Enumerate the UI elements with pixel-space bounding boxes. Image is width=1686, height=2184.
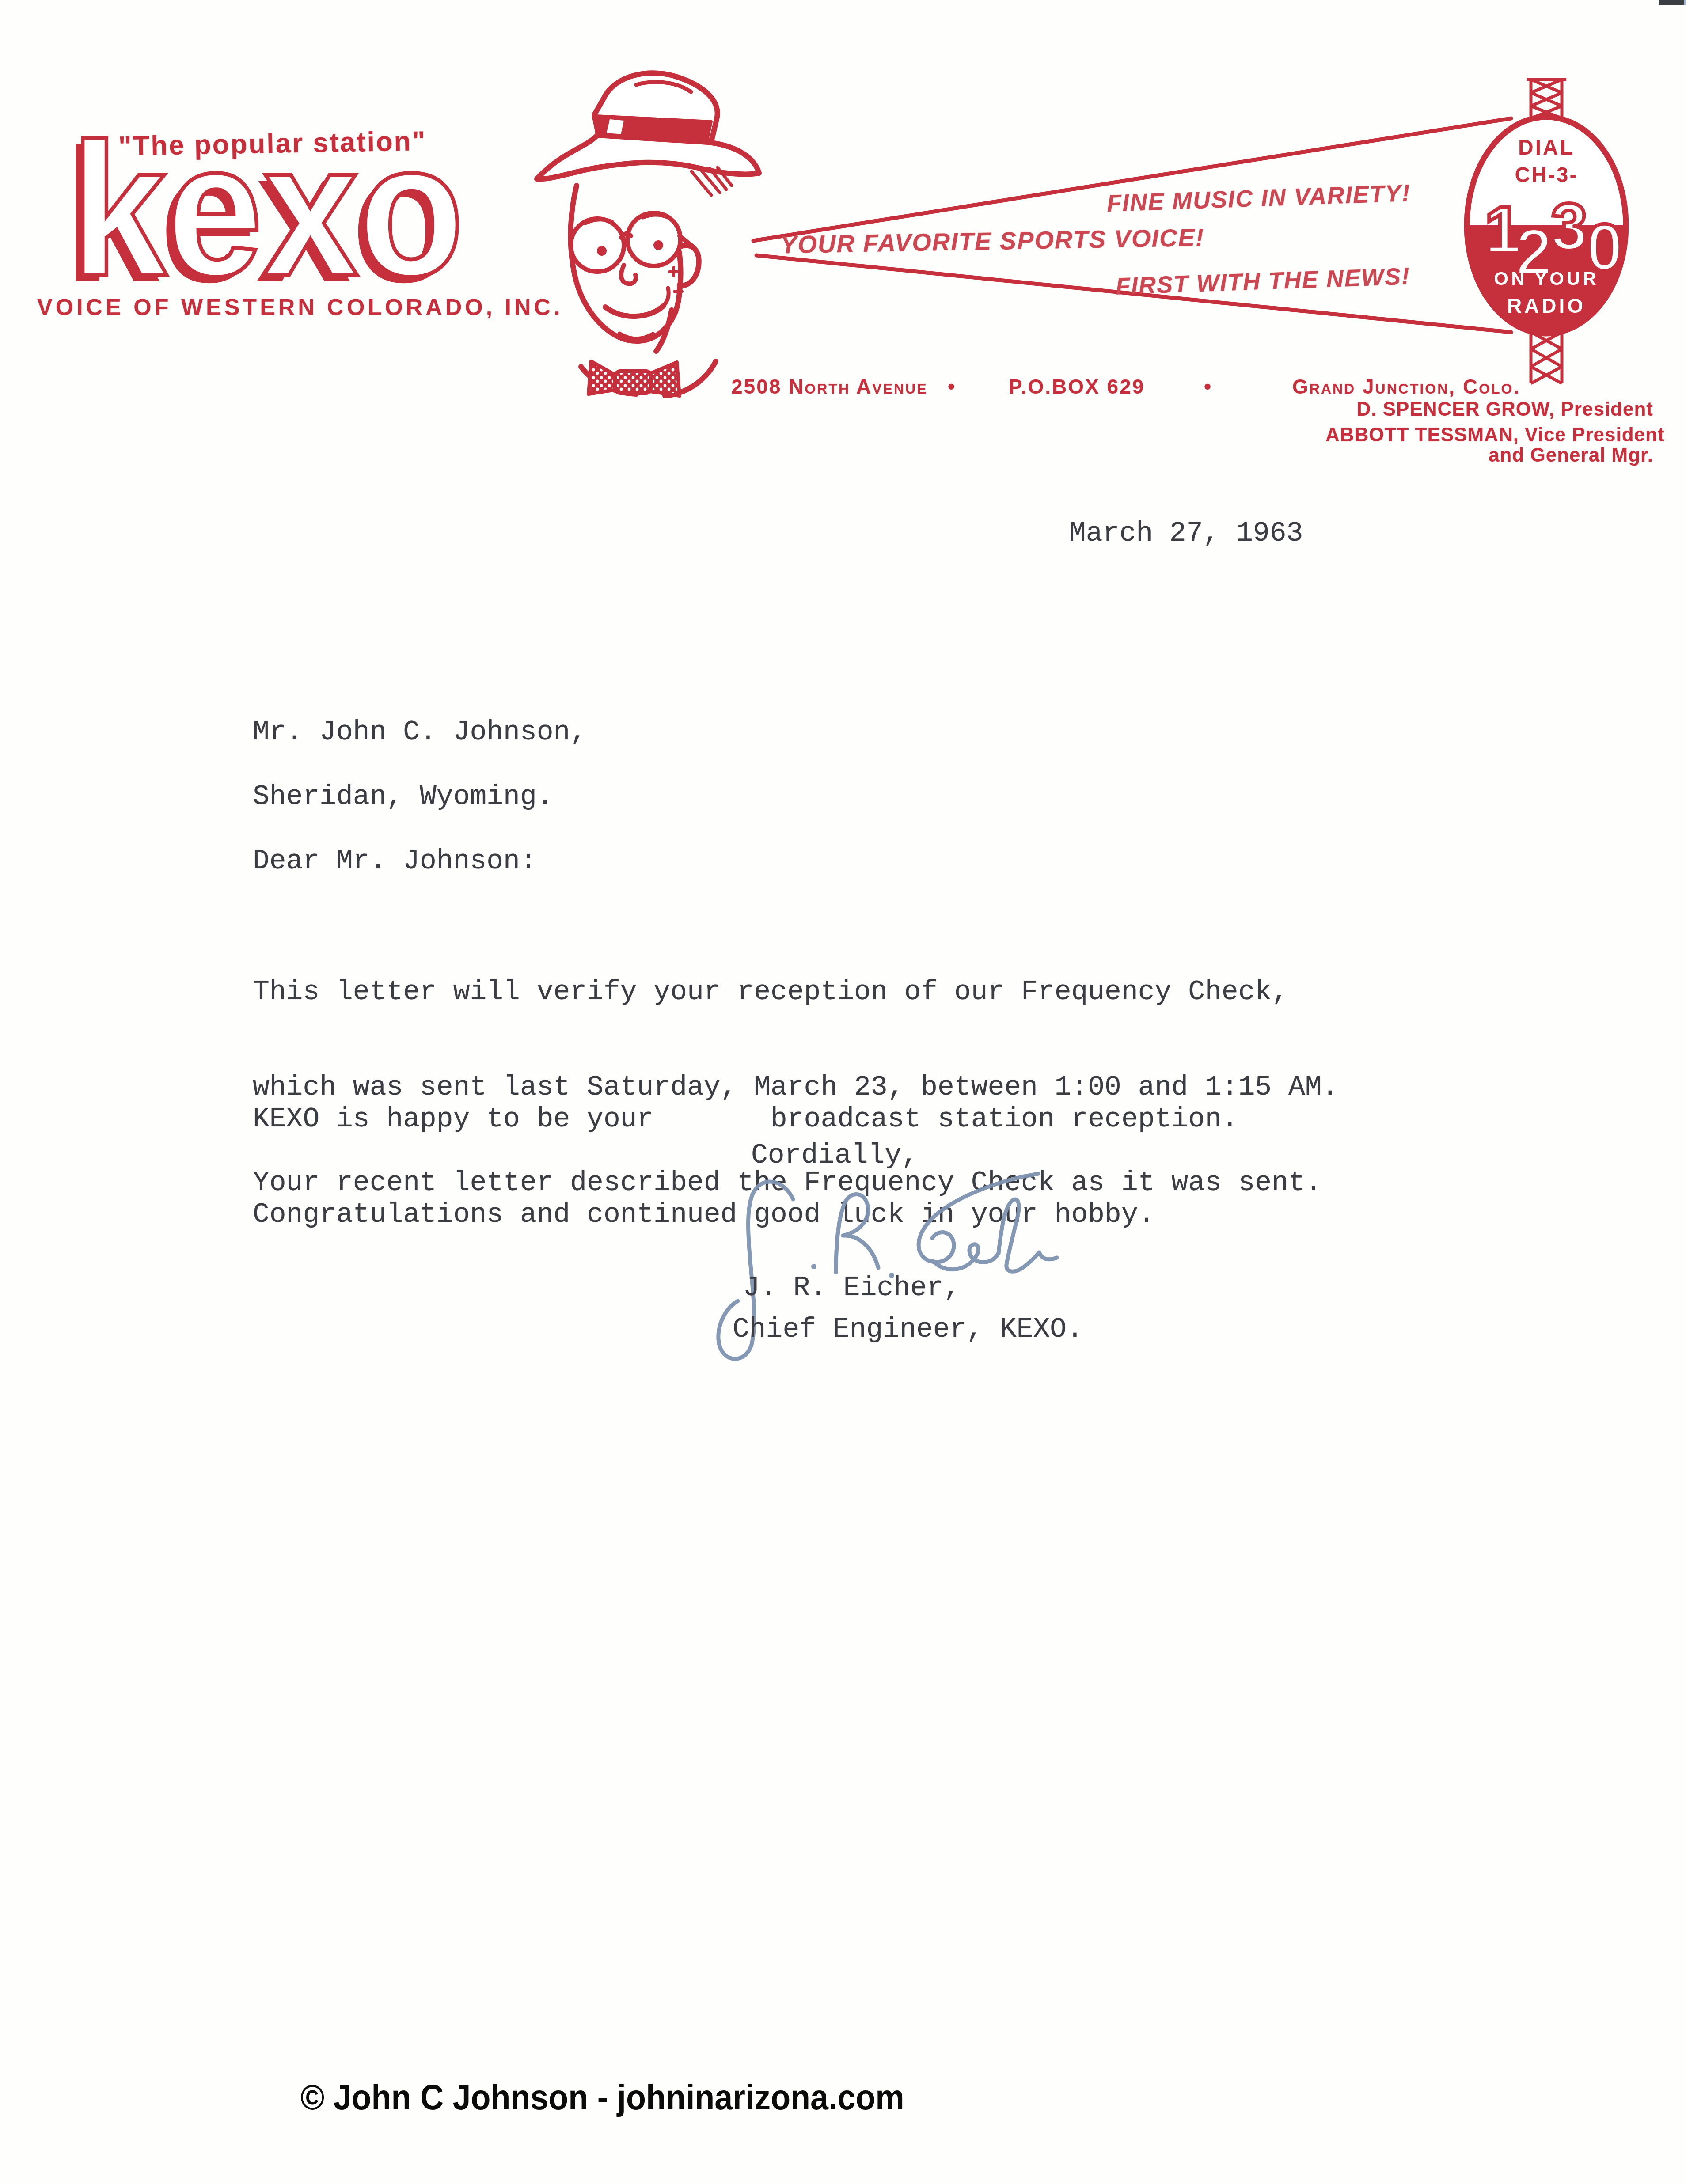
letter-date: March 27, 1963 bbox=[1069, 518, 1303, 550]
address-city: Grand Junction, Colo. bbox=[1292, 375, 1520, 398]
recipient-city: Sheridan, Wyoming. bbox=[253, 781, 554, 813]
body-line: This letter will verify your reception o… bbox=[253, 976, 1338, 1008]
typed-signature-title: Chief Engineer, KEXO. bbox=[733, 1314, 1083, 1346]
dial-digit-3: 3 bbox=[1551, 190, 1587, 264]
dial-on-your: ON YOUR bbox=[1494, 268, 1599, 289]
typed-signature-name: J. R. Eicher, bbox=[743, 1272, 960, 1304]
salutation: Dear Mr. Johnson: bbox=[253, 846, 537, 877]
address-pobox: P.O.BOX 629 bbox=[1009, 375, 1145, 398]
body-line: KEXO is happy to be your broadcast stati… bbox=[253, 1103, 1238, 1135]
scanned-letter-page: "The popular station" kexo kexo VOICE OF… bbox=[0, 0, 1686, 2184]
dial-radio: RADIO bbox=[1507, 294, 1586, 317]
official-vice-president: ABBOTT TESSMAN, Vice President bbox=[1325, 424, 1653, 446]
dial-label: DIAL bbox=[1518, 136, 1575, 159]
official-president: D. SPENCER GROW, President bbox=[1325, 398, 1653, 421]
address-street: 2508 North Avenue bbox=[731, 375, 928, 398]
copyright-credit: © John C Johnson - johninarizona.com bbox=[300, 2077, 904, 2118]
recipient-name: Mr. John C. Johnson, bbox=[253, 717, 587, 748]
address-bullet-2: • bbox=[1204, 375, 1212, 398]
official-general-mgr: and General Mgr. bbox=[1325, 444, 1653, 466]
dial-channel: CH-3- bbox=[1515, 163, 1578, 187]
address-bullet-1: • bbox=[948, 375, 956, 398]
